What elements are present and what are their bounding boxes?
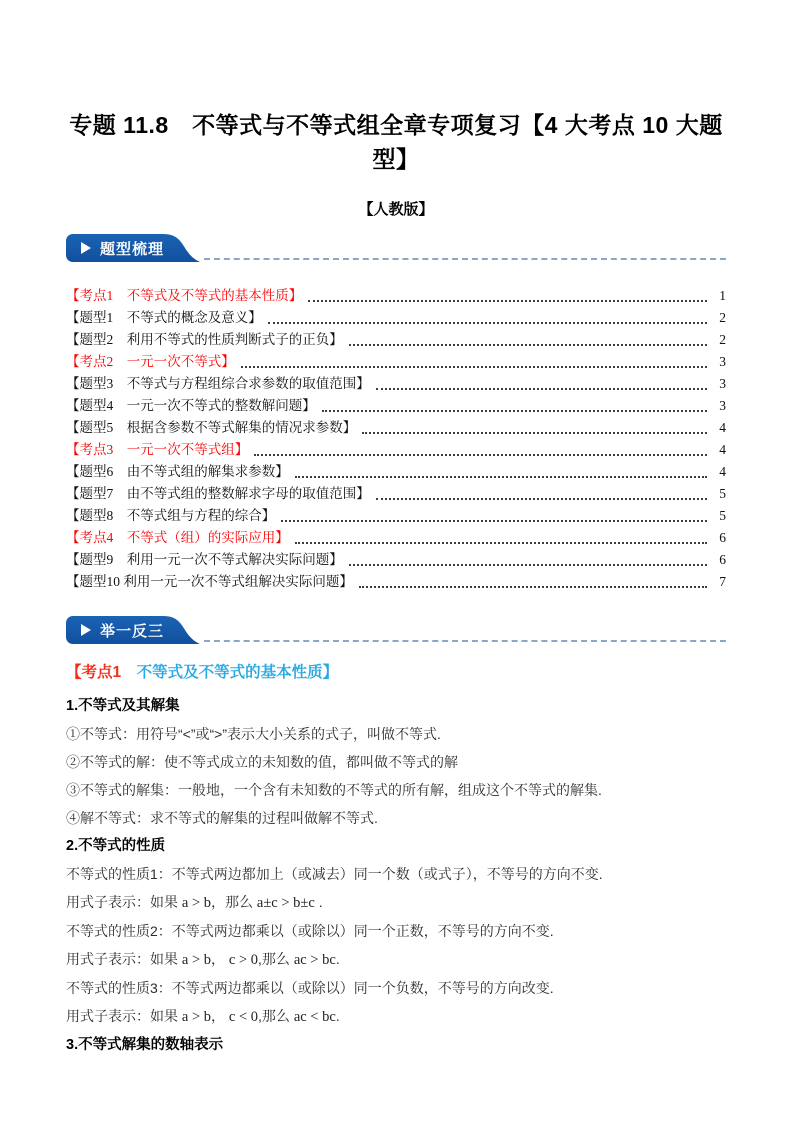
edition-label: 【人教版】 <box>66 200 726 220</box>
toc-entry: 【题型1 不等式的概念及意义】2 <box>66 306 726 328</box>
formula-line-3: 用式子表示：如果 a > b， c < 0,那么 ac < bc. <box>66 1002 726 1031</box>
toc-entry: 【题型10 利用一元一次不等式组解决实际问题】7 <box>66 570 726 592</box>
toc-entry-label: 【题型8 不等式组与方程的综合】 <box>66 506 275 526</box>
outline-banner-label: 题型梳理 <box>100 238 164 259</box>
toc-entry-label: 【题型7 由不等式组的整数解求字母的取值范围】 <box>66 484 370 504</box>
play-triangle-icon <box>81 624 91 636</box>
definition-line-1: ①不等式：用符号“<”或“>”表示大小关系的式子，叫做不等式. <box>66 720 726 748</box>
property-line-3: 不等式的性质3：不等式两边都乘以（或除以）同一个负数，不等号的方向改变. <box>66 974 726 1002</box>
formula-math: c > 0 <box>229 952 258 968</box>
dotted-leader <box>281 520 707 522</box>
toc-entry: 【考点4 不等式（组）的实际应用】6 <box>66 526 726 548</box>
toc-entry-label: 【考点4 不等式（组）的实际应用】 <box>66 528 289 548</box>
formula-math: a > b <box>182 1009 211 1025</box>
dotted-leader <box>359 586 707 588</box>
formula-text: 用式子表示：如果 <box>66 951 182 967</box>
formula-text: . <box>336 1008 340 1024</box>
dotted-leader <box>376 498 707 500</box>
formula-text: . <box>315 894 323 910</box>
toc-entry: 【题型4 一元一次不等式的整数解问题】3 <box>66 394 726 416</box>
formula-math: ac > bc <box>294 952 336 968</box>
toc-entry: 【题型8 不等式组与方程的综合】5 <box>66 504 726 526</box>
practice-banner: 举一反三 <box>66 616 200 644</box>
formula-text: ,那么 <box>258 951 294 967</box>
dotted-leader <box>295 542 707 544</box>
toc-entry-label: 【考点1 不等式及不等式的基本性质】 <box>66 286 302 306</box>
page-title: 专题 11.8 不等式与不等式组全章专项复习【4 大考点 10 大题型】 <box>66 108 726 176</box>
toc-page-number: 3 <box>710 352 726 372</box>
section-heading-number: 【考点1 <box>66 664 121 681</box>
dotted-leader <box>322 410 707 412</box>
toc-page-number: 5 <box>710 506 726 526</box>
toc-entry: 【题型7 由不等式组的整数解求字母的取值范围】5 <box>66 482 726 504</box>
formula-text: ， <box>211 1008 229 1024</box>
dotted-leader <box>295 476 707 478</box>
subsection-heading-2: 2.不等式的性质 <box>66 832 726 860</box>
toc-entry: 【题型2 利用不等式的性质判断式子的正负】2 <box>66 328 726 350</box>
toc-entry-label: 【题型4 一元一次不等式的整数解问题】 <box>66 396 316 416</box>
toc-entry-label: 【考点3 一元一次不等式组】 <box>66 440 248 460</box>
section-heading: 【考点1 不等式及不等式的基本性质】 <box>66 662 726 684</box>
toc-page-number: 3 <box>710 374 726 394</box>
toc-entry-label: 【题型1 不等式的概念及意义】 <box>66 308 262 328</box>
subsection-heading-3: 3.不等式解集的数轴表示 <box>66 1031 726 1059</box>
formula-math: c < 0 <box>229 1009 258 1025</box>
formula-math: a±c > b±c <box>257 895 315 911</box>
outline-banner: 题型梳理 <box>66 234 200 262</box>
toc-entry: 【考点1 不等式及不等式的基本性质】1 <box>66 284 726 306</box>
table-of-contents: 【考点1 不等式及不等式的基本性质】1 【题型1 不等式的概念及意义】2 【题型… <box>66 284 726 592</box>
toc-entry-label: 【题型6 由不等式组的解集求参数】 <box>66 462 289 482</box>
dotted-leader <box>241 366 707 368</box>
outline-banner-row: 题型梳理 <box>66 234 726 262</box>
toc-entry-label: 【题型9 利用一元一次不等式解决实际问题】 <box>66 550 343 570</box>
toc-entry: 【题型6 由不等式组的解集求参数】4 <box>66 460 726 482</box>
toc-page-number: 2 <box>710 308 726 328</box>
document-page: 专题 11.8 不等式与不等式组全章专项复习【4 大考点 10 大题型】 【人教… <box>0 0 793 1122</box>
property-line-2: 不等式的性质2：不等式两边都乘以（或除以）同一个正数，不等号的方向不变. <box>66 917 726 945</box>
toc-entry-label: 【题型10 利用一元一次不等式组解决实际问题】 <box>66 572 353 592</box>
toc-page-number: 7 <box>710 572 726 592</box>
toc-page-number: 4 <box>710 418 726 438</box>
formula-text: . <box>336 951 340 967</box>
toc-page-number: 4 <box>710 440 726 460</box>
toc-entry: 【考点2 一元一次不等式】3 <box>66 350 726 372</box>
dashed-divider <box>204 640 726 642</box>
formula-text: ,那么 <box>258 1008 294 1024</box>
formula-line-2: 用式子表示：如果 a > b， c > 0,那么 ac > bc. <box>66 945 726 974</box>
dotted-leader <box>349 564 707 566</box>
dashed-divider <box>204 258 726 260</box>
toc-page-number: 6 <box>710 550 726 570</box>
subsection-heading-1: 1.不等式及其解集 <box>66 692 726 720</box>
dotted-leader <box>362 432 707 434</box>
property-line-1: 不等式的性质1：不等式两边都加上（或减去）同一个数（或式子），不等号的方向不变. <box>66 860 726 888</box>
formula-text: ，那么 <box>211 894 257 910</box>
definition-line-3: ③不等式的解集：一般地，一个含有未知数的不等式的所有解，组成这个不等式的解集. <box>66 776 726 804</box>
toc-entry: 【题型9 利用一元一次不等式解决实际问题】6 <box>66 548 726 570</box>
toc-page-number: 4 <box>710 462 726 482</box>
toc-entry-label: 【题型3 不等式与方程组综合求参数的取值范围】 <box>66 374 370 394</box>
toc-page-number: 5 <box>710 484 726 504</box>
toc-entry: 【题型3 不等式与方程组综合求参数的取值范围】3 <box>66 372 726 394</box>
formula-text: ， <box>211 951 229 967</box>
formula-math: a > b <box>182 952 211 968</box>
dotted-leader <box>254 454 707 456</box>
toc-page-number: 6 <box>710 528 726 548</box>
knowledge-content: 1.不等式及其解集 ①不等式：用符号“<”或“>”表示大小关系的式子，叫做不等式… <box>66 692 726 1059</box>
toc-entry-label: 【题型2 利用不等式的性质判断式子的正负】 <box>66 330 343 350</box>
formula-text: 用式子表示：如果 <box>66 894 182 910</box>
toc-page-number: 3 <box>710 396 726 416</box>
play-triangle-icon <box>81 242 91 254</box>
toc-entry: 【题型5 根据含参数不等式解集的情况求参数】4 <box>66 416 726 438</box>
toc-page-number: 1 <box>710 286 726 306</box>
dotted-leader <box>308 300 707 302</box>
definition-line-2: ②不等式的解：使不等式成立的未知数的值，都叫做不等式的解 <box>66 748 726 776</box>
dotted-leader <box>376 388 707 390</box>
formula-line-1: 用式子表示：如果 a > b，那么 a±c > b±c . <box>66 888 726 917</box>
toc-page-number: 2 <box>710 330 726 350</box>
practice-banner-label: 举一反三 <box>100 620 164 641</box>
toc-entry: 【考点3 一元一次不等式组】4 <box>66 438 726 460</box>
section-heading-title: 不等式及不等式的基本性质】 <box>121 664 338 681</box>
formula-math: a > b <box>182 895 211 911</box>
dotted-leader <box>268 322 707 324</box>
formula-text: 用式子表示：如果 <box>66 1008 182 1024</box>
toc-entry-label: 【题型5 根据含参数不等式解集的情况求参数】 <box>66 418 356 438</box>
practice-banner-row: 举一反三 <box>66 616 726 644</box>
definition-line-4: ④解不等式：求不等式的解集的过程叫做解不等式. <box>66 804 726 832</box>
formula-math: ac < bc <box>294 1009 336 1025</box>
dotted-leader <box>349 344 707 346</box>
toc-entry-label: 【考点2 一元一次不等式】 <box>66 352 235 372</box>
